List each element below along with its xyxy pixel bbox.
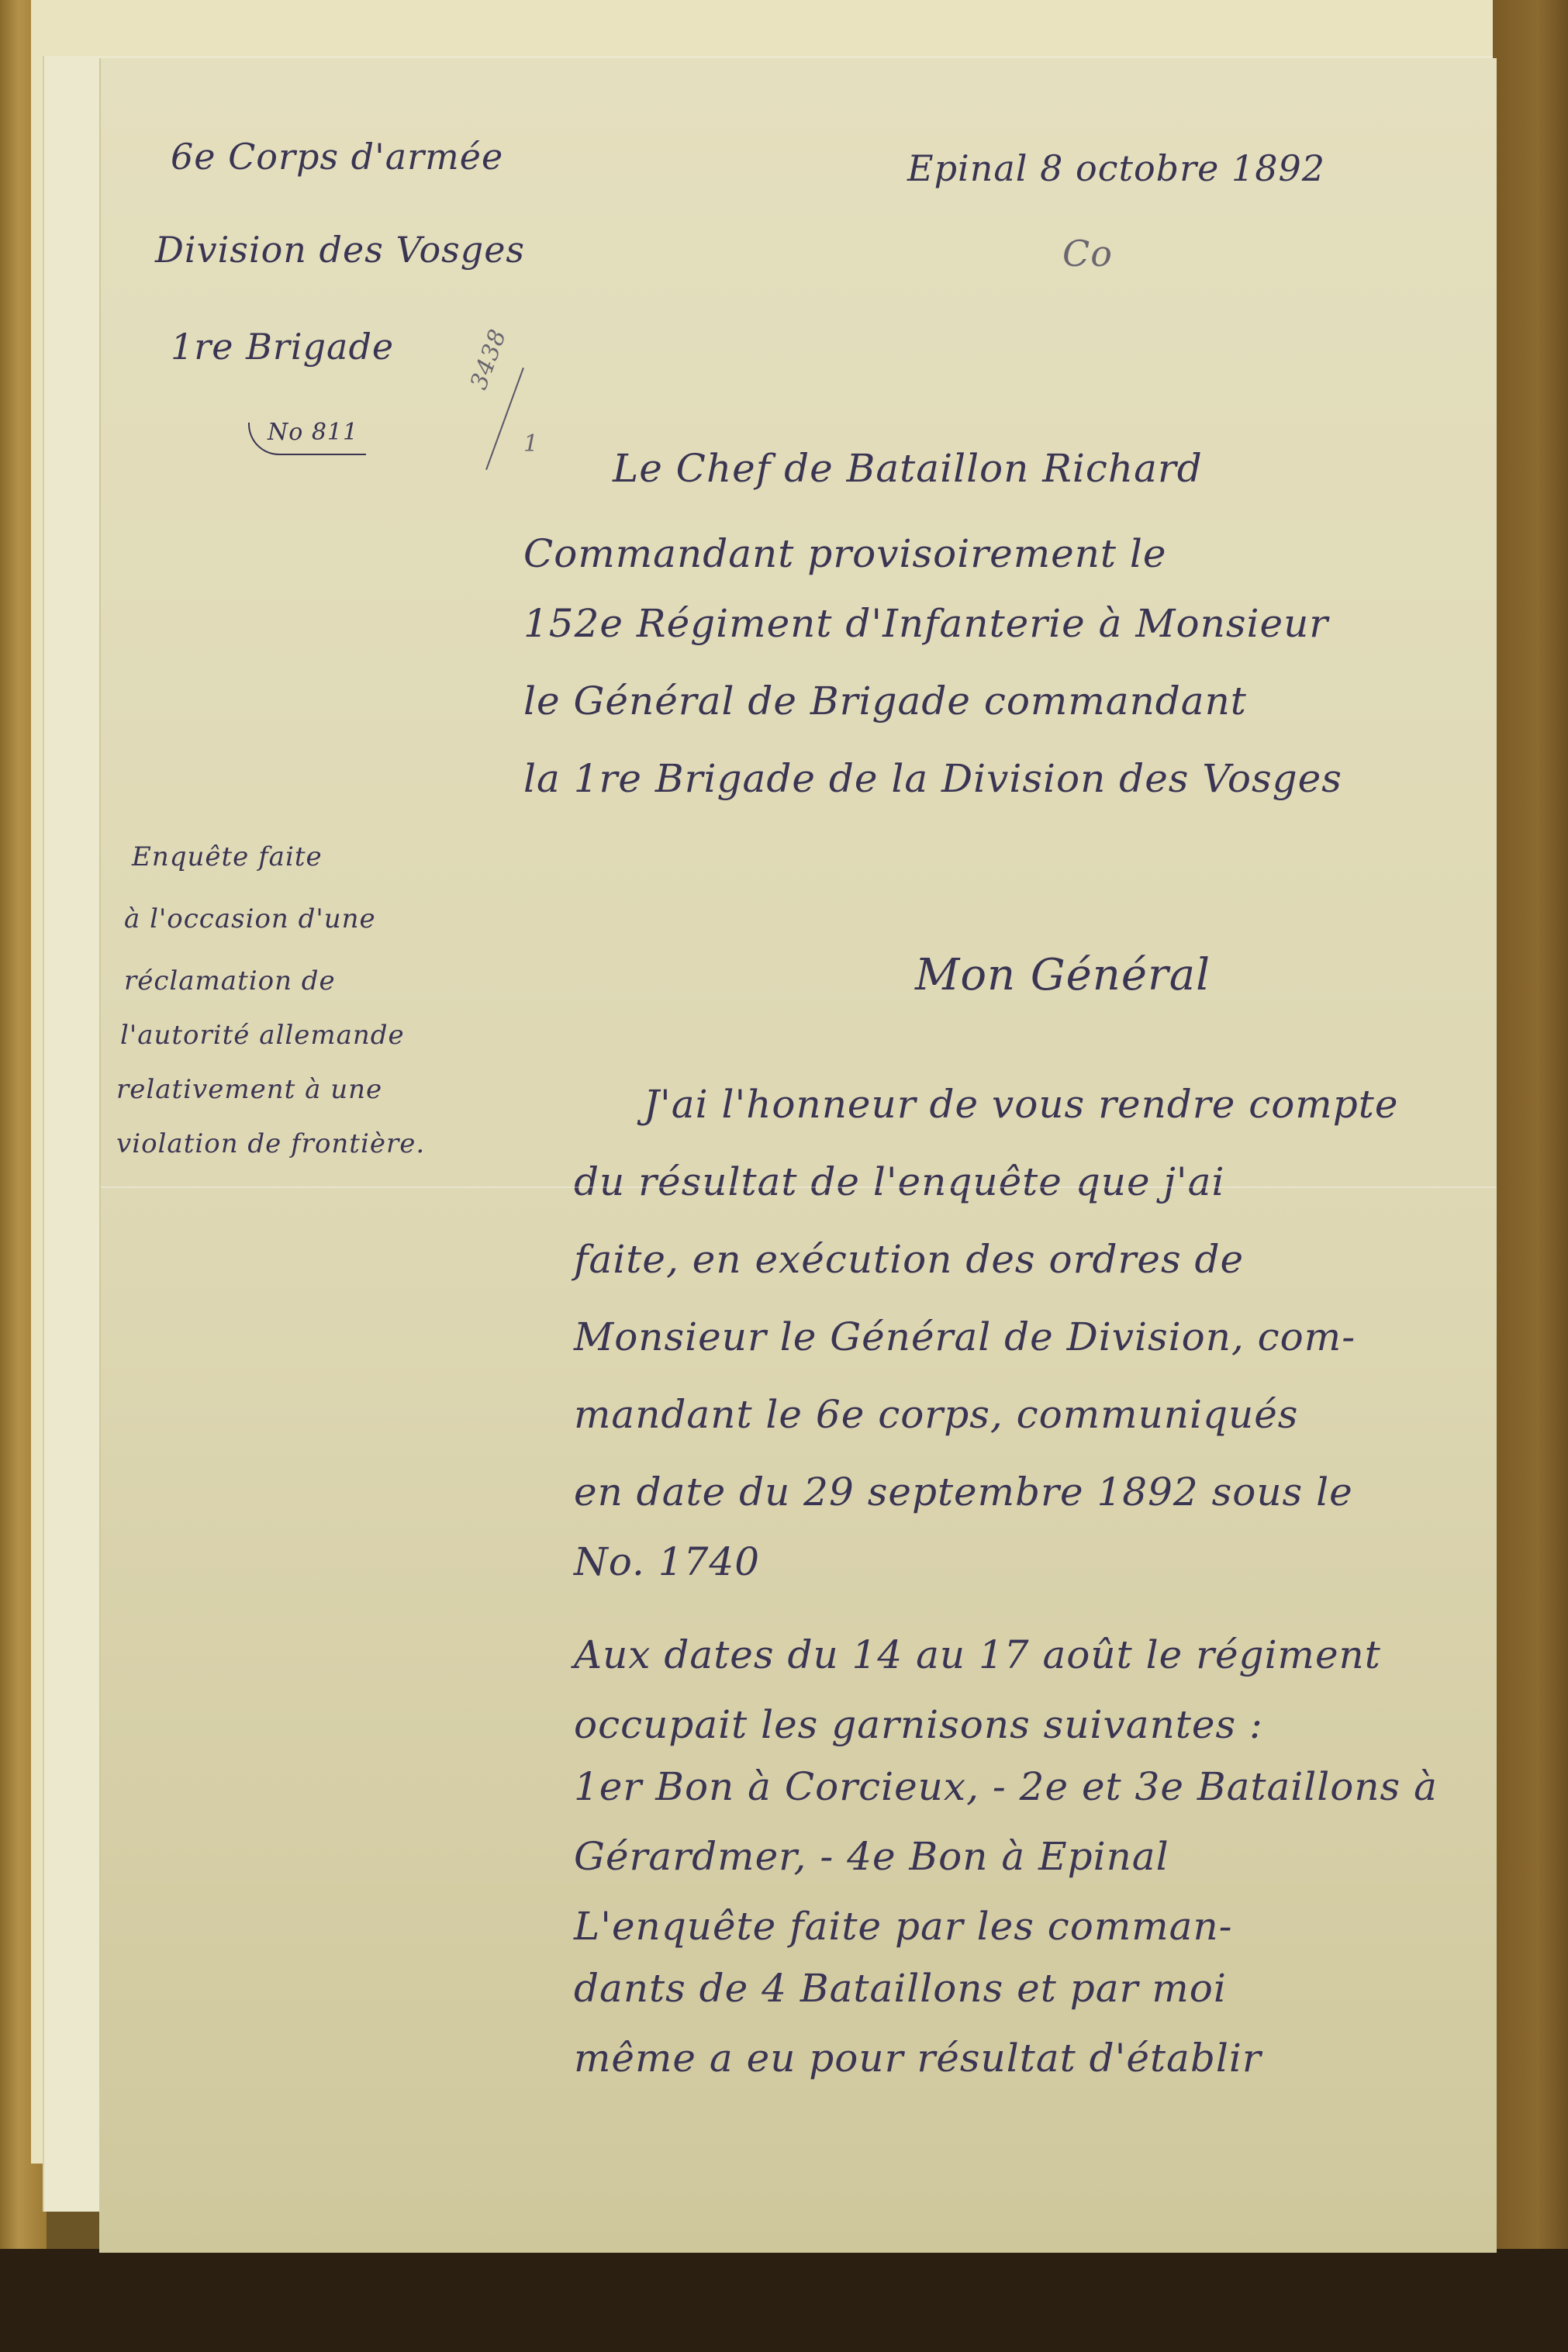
archive-number: 3438 (465, 325, 512, 392)
body-line-5: mandant le 6e corps, communiqués (574, 1392, 1298, 1437)
reference-oval (248, 423, 366, 455)
body-line-9: occupait les garnisons suivantes : (574, 1702, 1263, 1747)
body-line-2: du résultat de l'enquête que j'ai (574, 1159, 1224, 1204)
fold-crease (101, 1186, 1497, 1188)
salutation: Mon Général (915, 950, 1211, 1000)
table-edge (1493, 0, 1568, 2352)
body-line-3: faite, en exécution des ordres de (574, 1237, 1244, 1282)
body-line-12: L'enquête faite par les comman- (574, 1904, 1233, 1949)
address-line-1: Le Chef de Bataillon Richard (613, 446, 1203, 491)
margin-note-4: l'autorité allemande (120, 1020, 405, 1051)
letter-page: 6e Corps d'armée Division des Vosges 1re… (101, 58, 1497, 2253)
margin-note-6: violation de frontière. (116, 1128, 425, 1159)
archive-sub: 1 (523, 430, 539, 458)
body-line-4: Monsieur le Général de Division, com- (574, 1314, 1356, 1359)
address-line-4: le Général de Brigade commandant (523, 679, 1247, 724)
place-date: Epinal 8 octobre 1892 (907, 147, 1325, 189)
body-line-10: 1er Bon à Corcieux, - 2e et 3e Bataillon… (574, 1764, 1438, 1809)
body-line-6: en date du 29 septembre 1892 sous le (574, 1470, 1353, 1514)
margin-note-1: Enquête faite (132, 841, 323, 872)
margin-note-5: relativement à une (116, 1074, 382, 1105)
body-line-1: J'ai l'honneur de vous rendre compte (644, 1082, 1398, 1127)
body-line-14: même a eu pour résultat d'établir (574, 2036, 1262, 2081)
bottom-shadow (0, 2249, 1568, 2352)
header-division: Division des Vosges (155, 229, 525, 271)
body-line-11: Gérardmer, - 4e Bon à Epinal (574, 1834, 1169, 1879)
margin-note-3: réclamation de (124, 965, 336, 996)
address-line-3: 152e Régiment d'Infanterie à Monsieur (523, 601, 1328, 646)
margin-note-2: à l'occasion d'une (124, 903, 376, 934)
header-brigade: 1re Brigade (171, 326, 394, 368)
pencil-mark: Co (1062, 233, 1113, 275)
body-line-7: No. 1740 (574, 1539, 760, 1584)
body-line-13: dants de 4 Bataillons et par moi (574, 1966, 1227, 2011)
address-line-5: la 1re Brigade de la Division des Vosges (523, 756, 1342, 801)
address-line-2: Commandant provisoirement le (523, 531, 1166, 576)
body-line-8: Aux dates du 14 au 17 août le régiment (574, 1632, 1381, 1677)
header-corps: 6e Corps d'armée (171, 136, 503, 178)
